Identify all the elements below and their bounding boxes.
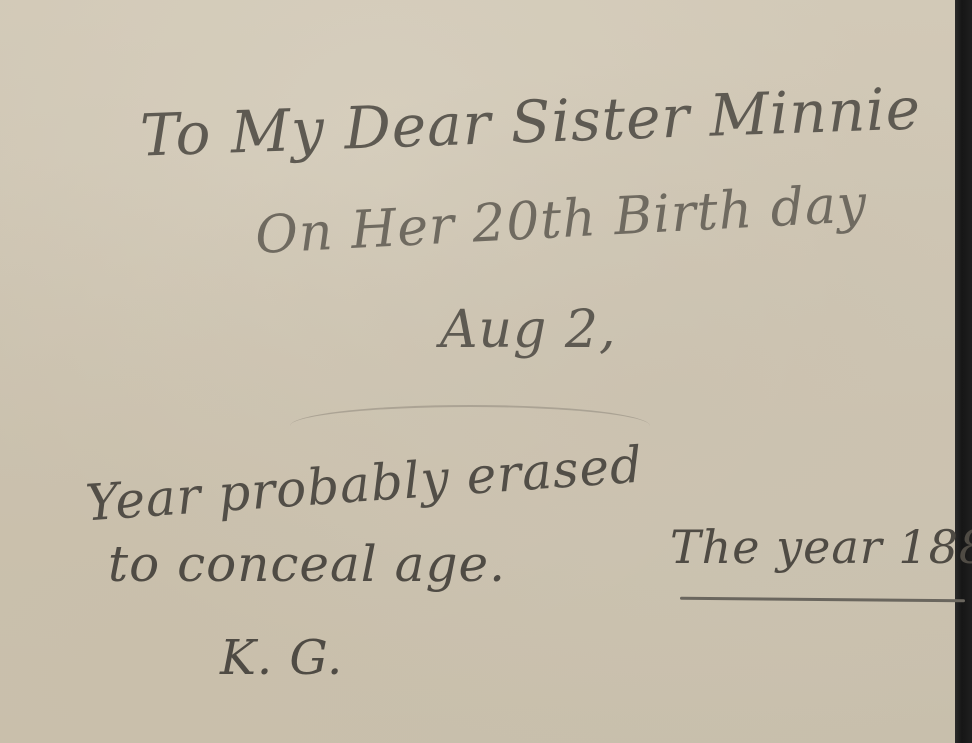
annotation-year-note: The year 1889.: [670, 520, 972, 574]
annotation-signature: K. G.: [220, 630, 343, 686]
annotation-line-2: to conceal age.: [108, 535, 506, 593]
inscription-line-date: Aug 2,: [440, 300, 616, 360]
frame-edge: [955, 0, 972, 743]
